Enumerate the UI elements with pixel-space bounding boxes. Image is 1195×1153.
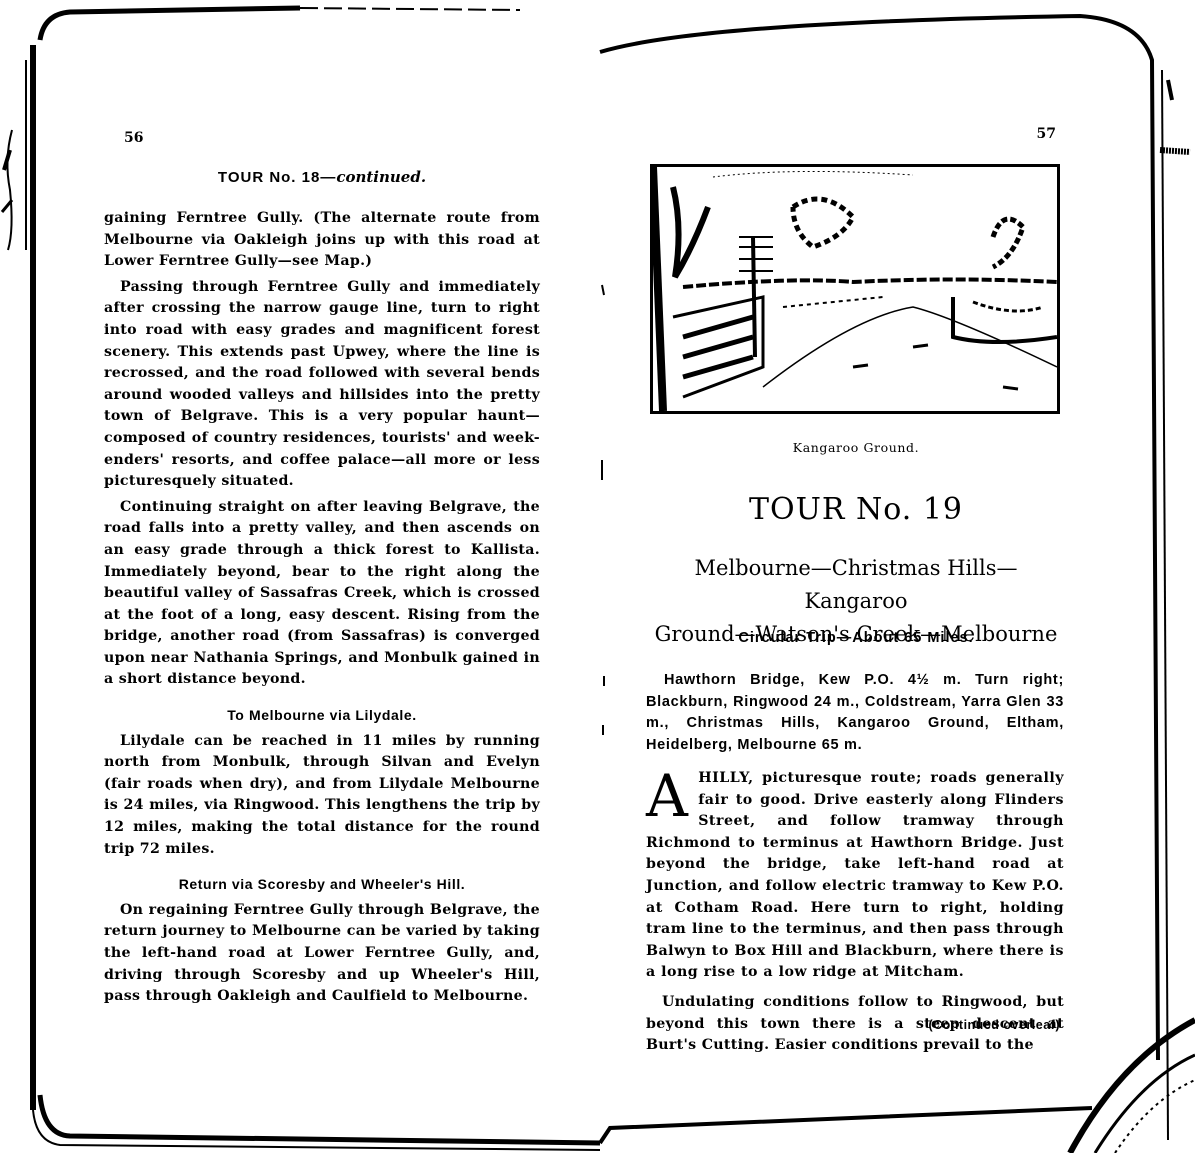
paragraph: AHILLY, picturesque route; roads general… (646, 768, 1064, 984)
paragraph: Lilydale can be reached in 11 miles by r… (104, 731, 540, 861)
tour-title: TOUR No. 19 (646, 492, 1066, 527)
running-head: TOUR No. 18—continued. (104, 168, 540, 186)
illustration-caption: Kangaroo Ground. (646, 440, 1066, 455)
left-body: gaining Ferntree Gully. (The alternate r… (104, 208, 540, 1012)
paragraph: Passing through Ferntree Gully and immed… (104, 277, 540, 493)
tour-subtitle: Circular Trip—About 65 Miles. (646, 630, 1066, 646)
paragraph: On regaining Ferntree Gully through Belg… (104, 900, 540, 1008)
section-heading: Return via Scoresby and Wheeler's Hill. (104, 874, 540, 896)
road-landscape-illustration (650, 164, 1060, 414)
drop-cap: A (646, 772, 688, 820)
tour-itinerary: Hawthorn Bridge, Kew P.O. 4½ m. Turn rig… (646, 670, 1064, 756)
right-body: AHILLY, picturesque route; roads general… (646, 768, 1064, 1061)
page-number: 57 (1037, 126, 1056, 142)
page-number: 56 (124, 130, 143, 146)
paragraph: Continuing straight on after leaving Bel… (104, 497, 540, 691)
paragraph: gaining Ferntree Gully. (The alternate r… (104, 208, 540, 273)
section-heading: To Melbourne via Lilydale. (104, 705, 540, 727)
continued-note: (Continued overleaf) (928, 1018, 1060, 1032)
